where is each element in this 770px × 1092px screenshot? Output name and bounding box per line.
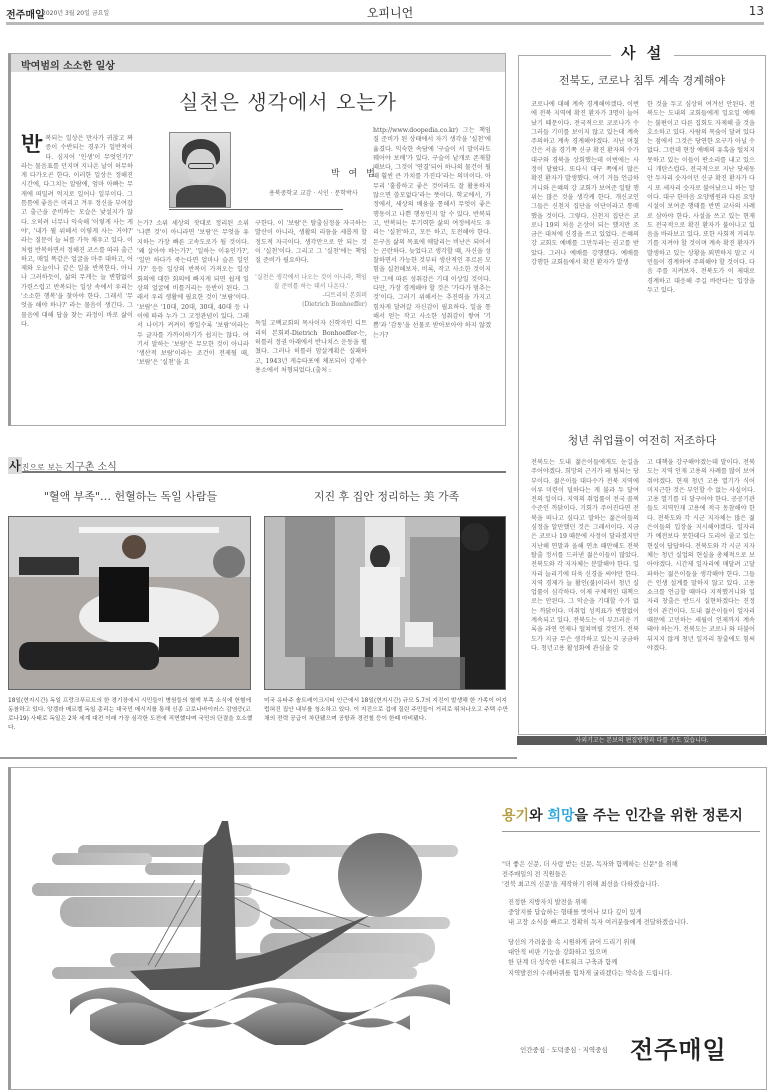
ad-motto: 인간중심 · 도덕중심 · 지역중심 xyxy=(520,1045,608,1054)
photo-caption-1: 18일(현지시간) 독일 프랑크푸르트의 한 경기장에서 시민들이 병원들의 혈… xyxy=(8,697,254,733)
photo-news-header: 사진으로 보는 지구촌 소식 xyxy=(8,455,506,473)
photo-caption-2: 미국 유타주 솔트레이크시티 인근에서 18일(현지시간) 규모 5.7의 지진… xyxy=(264,697,510,724)
editorial-2-col1: 전북도는 도내 젊은이들에게도 눈길을 주어야겠다. 희망의 근거가 돼 팀되는… xyxy=(531,458,639,728)
author-role: 용북중학교 교감 · 시인 · 문학박사 xyxy=(269,188,358,197)
ad-divider xyxy=(502,831,760,832)
editorial-box: 사 설 전북도, 코로나 침투 계속 경계해야 코로나에 대해 계속 경계해야겠… xyxy=(518,55,766,735)
ad-paragraph-1: "더 좋은 신문, 더 사랑 받는 신문, 독자와 함께하는 신문"을 위해 전… xyxy=(502,860,678,891)
masthead-rule xyxy=(6,22,764,25)
section-title: 오피니언 xyxy=(6,4,764,21)
column-text-col3: 구한다. 이 '보람'은 탈출심정을 자극하는 발산이 아니라, 생활의 리듬을… xyxy=(255,219,367,419)
column-text-col4: http://www.doopedia.co.kr) 그는 책임질 준비가 된 … xyxy=(373,126,491,420)
editorial-title-1: 전북도, 코로나 침투 계속 경계해야 xyxy=(519,72,765,88)
column-article: 박여범의 소소한 일상 실천은 생각에서 오는가 박 여 범 용북중학교 교감 … xyxy=(8,53,506,426)
dropcap: 반 xyxy=(21,134,42,154)
ad-slogan: 용기와 희망을 주는 인간을 위한 정론지 xyxy=(502,805,743,825)
editorial-label: 사 설 xyxy=(611,42,674,63)
ad-logo: 전주매일 xyxy=(630,1030,727,1065)
byline-divider xyxy=(169,209,343,210)
author-photo xyxy=(169,132,231,208)
section-divider xyxy=(0,757,517,759)
column-title: 실천은 생각에서 오는가 xyxy=(11,86,505,115)
pull-quote: '실천은 생각에서 나오는 것이 아니라, 책임질 준비를 하는 데서 나온다.… xyxy=(255,273,367,309)
column-series-header: 박여범의 소소한 일상 xyxy=(11,54,505,72)
editorial-title-2: 청년 취업률이 여전히 저조하다 xyxy=(519,432,765,448)
editorial-notice: 사외기고는 본보의 편집방향과 다를 수도 있습니다. xyxy=(517,736,767,745)
editorial-1-col2: 한 것을 두고 심상히 여겨선 안된다. 전북도는 도내의 교회들에게 일요일 … xyxy=(647,100,755,422)
page-number: 13 xyxy=(749,4,764,18)
ship-illustration xyxy=(30,805,470,1045)
column-text-col1: 반 복되는 일상은 만사가 귀찮고 짜증이 수반되는 경우가 일반적이다. 심지… xyxy=(21,134,133,420)
photo-earthquake-cleanup xyxy=(264,516,506,690)
ad-paragraph-2: 진정한 지방자치 발전을 위해 중앙지를 답습하는 형태를 벗어나 보다 깊이 … xyxy=(508,898,688,929)
author-name: 박 여 범 xyxy=(331,166,378,179)
masthead: 전주매일 2020년 3월 20일 금요일 오피니언 13 xyxy=(6,4,764,22)
photo-title-2: 지진 후 집안 정리하는 美 가족 xyxy=(264,488,509,504)
editorial-2-col2: 고 대책을 강구해야겠는데 말이다. 전북도는 지역 인재 고용의 사례를 많이… xyxy=(647,458,755,728)
editorial-1-col1: 코로나에 대해 계속 경계해야겠다. 이번에 전북 지역에 확진 환자가 3명이… xyxy=(531,100,639,422)
photo-title-1: "혈액 부족"… 헌혈하는 독일 사람들 xyxy=(8,488,253,504)
photo-blood-donation xyxy=(8,516,251,690)
ad-paragraph-3: 당신의 가려움을 속 시원하게 긁어 드리기 위해 대안적 비판 기능을 강화하… xyxy=(508,938,672,979)
column-text-col2: 는가? 소위 세상의 잣대로 정리된 소위 '나쁜 것'이 아니라면 '보람'은… xyxy=(137,219,249,419)
